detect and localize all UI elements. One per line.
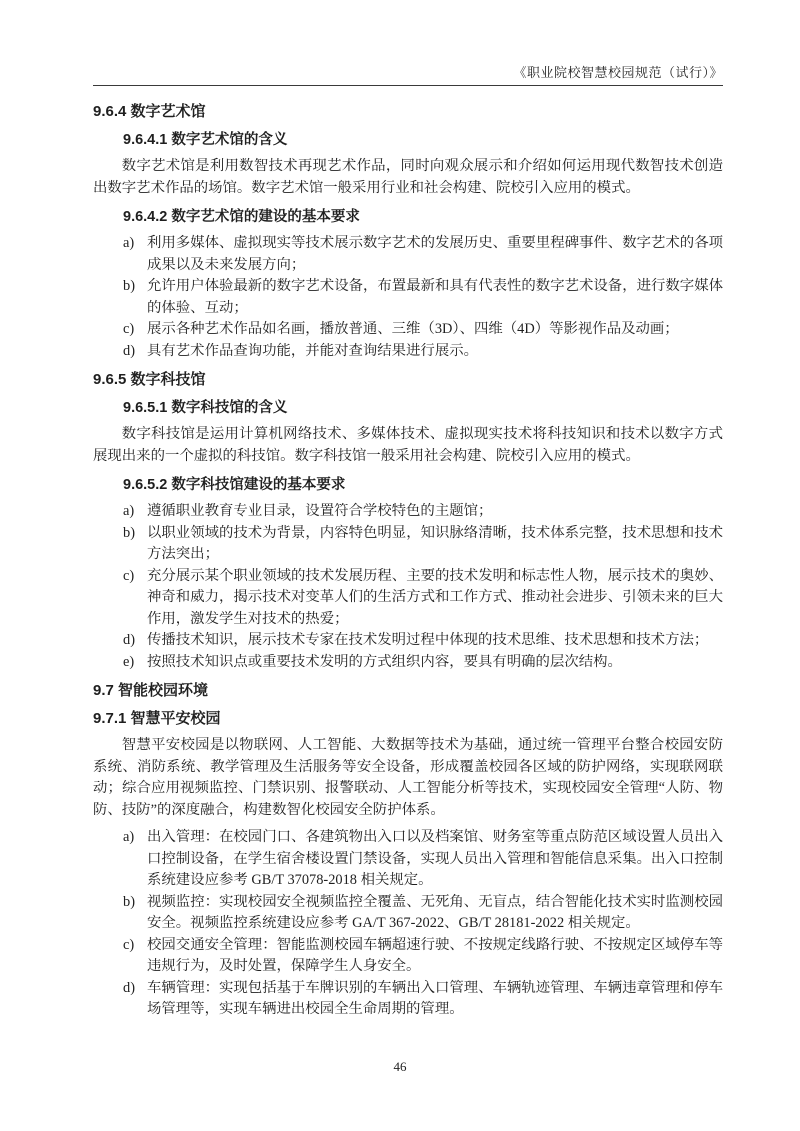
list-item-label: c) xyxy=(123,935,147,978)
list-item-text: 视频监控：实现校园安全视频监控全覆盖、无死角、无盲点，结合智能化技术实时监测校园… xyxy=(147,892,723,935)
paragraph-9-6-4-1: 数字艺术馆是利用数智技术再现艺术作品，同时向观众展示和介绍如何运用现代数智技术创… xyxy=(93,156,723,199)
list-item-text: 充分展示某个职业领域的技术发展历程、主要的技术发明和标志性人物，展示技术的奥妙、… xyxy=(147,566,723,631)
requirements-list-9-7-1: a) 出入管理：在校园门口、各建筑物出入口以及档案馆、财务室等重点防范区域设置人… xyxy=(93,827,723,1021)
list-item-label: d) xyxy=(123,630,147,652)
list-item: c) 展示各种艺术作品如名画，播放普通、三维（3D）、四维（4D）等影视作品及动… xyxy=(93,319,723,341)
paragraph-9-7-1: 智慧平安校园是以物联网、人工智能、大数据等技术为基础，通过统一管理平台整合校园安… xyxy=(93,735,723,821)
list-item-text: 展示各种艺术作品如名画，播放普通、三维（3D）、四维（4D）等影视作品及动画； xyxy=(147,319,723,341)
list-item-label: d) xyxy=(123,978,147,1021)
page-number: 46 xyxy=(394,1059,407,1074)
header-rule xyxy=(93,85,723,86)
list-item-text: 利用多媒体、虚拟现实等技术展示数字艺术的发展历史、重要里程碑事件、数字艺术的各项… xyxy=(147,233,723,276)
list-item: a) 利用多媒体、虚拟现实等技术展示数字艺术的发展历史、重要里程碑事件、数字艺术… xyxy=(93,233,723,276)
section-heading-9-7: 9.7 智能校园环境 xyxy=(93,681,723,701)
document-page: 《职业院校智慧校园规范（试行）》 9.6.4 数字艺术馆 9.6.4.1 数字艺… xyxy=(0,0,800,1131)
list-item-text: 传播技术知识，展示技术专家在技术发明过程中体现的技术思维、技术思想和技术方法； xyxy=(147,630,723,652)
list-item-label: c) xyxy=(123,319,147,341)
list-item: b) 允许用户体验最新的数字艺术设备，布置最新和具有代表性的数字艺术设备，进行数… xyxy=(93,276,723,319)
section-heading-9-6-4: 9.6.4 数字艺术馆 xyxy=(93,102,723,122)
list-item: c) 校园交通安全管理：智能监测校园车辆超速行驶、不按规定线路行驶、不按规定区域… xyxy=(93,935,723,978)
section-heading-9-6-5-1: 9.6.5.1 数字科技馆的含义 xyxy=(123,398,723,418)
list-item-text: 校园交通安全管理：智能监测校园车辆超速行驶、不按规定线路行驶、不按规定区域停车等… xyxy=(147,935,723,978)
list-item: b) 以职业领域的技术为背景，内容特色明显，知识脉络清晰，技术体系完整，技术思想… xyxy=(93,523,723,566)
list-item-text: 按照技术知识点或重要技术发明的方式组织内容，要具有明确的层次结构。 xyxy=(147,652,723,674)
list-item: d) 具有艺术作品查询功能，并能对查询结果进行展示。 xyxy=(93,341,723,363)
list-item: a) 遵循职业教育专业目录，设置符合学校特色的主题馆； xyxy=(93,501,723,523)
paragraph-9-6-5-1: 数字科技馆是运用计算机网络技术、多媒体技术、虚拟现实技术将科技知识和技术以数字方… xyxy=(93,424,723,467)
list-item: b) 视频监控：实现校园安全视频监控全覆盖、无死角、无盲点，结合智能化技术实时监… xyxy=(93,892,723,935)
list-item-label: b) xyxy=(123,523,147,566)
page-header-title: 《职业院校智慧校园规范（试行）》 xyxy=(93,63,723,82)
requirements-list-9-6-5-2: a) 遵循职业教育专业目录，设置符合学校特色的主题馆； b) 以职业领域的技术为… xyxy=(93,501,723,673)
page-footer: 46 xyxy=(0,1059,800,1075)
list-item-label: e) xyxy=(123,652,147,674)
requirements-list-9-6-4-2: a) 利用多媒体、虚拟现实等技术展示数字艺术的发展历史、重要里程碑事件、数字艺术… xyxy=(93,233,723,362)
list-item-text: 以职业领域的技术为背景，内容特色明显，知识脉络清晰，技术体系完整，技术思想和技术… xyxy=(147,523,723,566)
list-item-text: 允许用户体验最新的数字艺术设备，布置最新和具有代表性的数字艺术设备，进行数字媒体… xyxy=(147,276,723,319)
section-heading-9-6-5: 9.6.5 数字科技馆 xyxy=(93,370,723,390)
list-item-text: 车辆管理：实现包括基于车牌识别的车辆出入口管理、车辆轨迹管理、车辆违章管理和停车… xyxy=(147,978,723,1021)
list-item-label: a) xyxy=(123,233,147,276)
list-item-label: a) xyxy=(123,827,147,892)
list-item-label: c) xyxy=(123,566,147,631)
section-heading-9-7-1: 9.7.1 智慧平安校园 xyxy=(93,709,723,729)
list-item-label: b) xyxy=(123,892,147,935)
section-heading-9-6-5-2: 9.6.5.2 数字科技馆建设的基本要求 xyxy=(123,475,723,495)
list-item-label: b) xyxy=(123,276,147,319)
list-item: c) 充分展示某个职业领域的技术发展历程、主要的技术发明和标志性人物，展示技术的… xyxy=(93,566,723,631)
list-item-text: 具有艺术作品查询功能，并能对查询结果进行展示。 xyxy=(147,341,723,363)
list-item-label: a) xyxy=(123,501,147,523)
list-item: e) 按照技术知识点或重要技术发明的方式组织内容，要具有明确的层次结构。 xyxy=(93,652,723,674)
section-heading-9-6-4-1: 9.6.4.1 数字艺术馆的含义 xyxy=(123,130,723,150)
section-heading-9-6-4-2: 9.6.4.2 数字艺术馆的建设的基本要求 xyxy=(123,207,723,227)
list-item: d) 传播技术知识，展示技术专家在技术发明过程中体现的技术思维、技术思想和技术方… xyxy=(93,630,723,652)
document-body: 9.6.4 数字艺术馆 9.6.4.1 数字艺术馆的含义 数字艺术馆是利用数智技… xyxy=(93,102,723,1021)
list-item: a) 出入管理：在校园门口、各建筑物出入口以及档案馆、财务室等重点防范区域设置人… xyxy=(93,827,723,892)
list-item: d) 车辆管理：实现包括基于车牌识别的车辆出入口管理、车辆轨迹管理、车辆违章管理… xyxy=(93,978,723,1021)
list-item-text: 遵循职业教育专业目录，设置符合学校特色的主题馆； xyxy=(147,501,723,523)
list-item-text: 出入管理：在校园门口、各建筑物出入口以及档案馆、财务室等重点防范区域设置人员出入… xyxy=(147,827,723,892)
list-item-label: d) xyxy=(123,341,147,363)
page-header: 《职业院校智慧校园规范（试行）》 xyxy=(93,0,723,86)
